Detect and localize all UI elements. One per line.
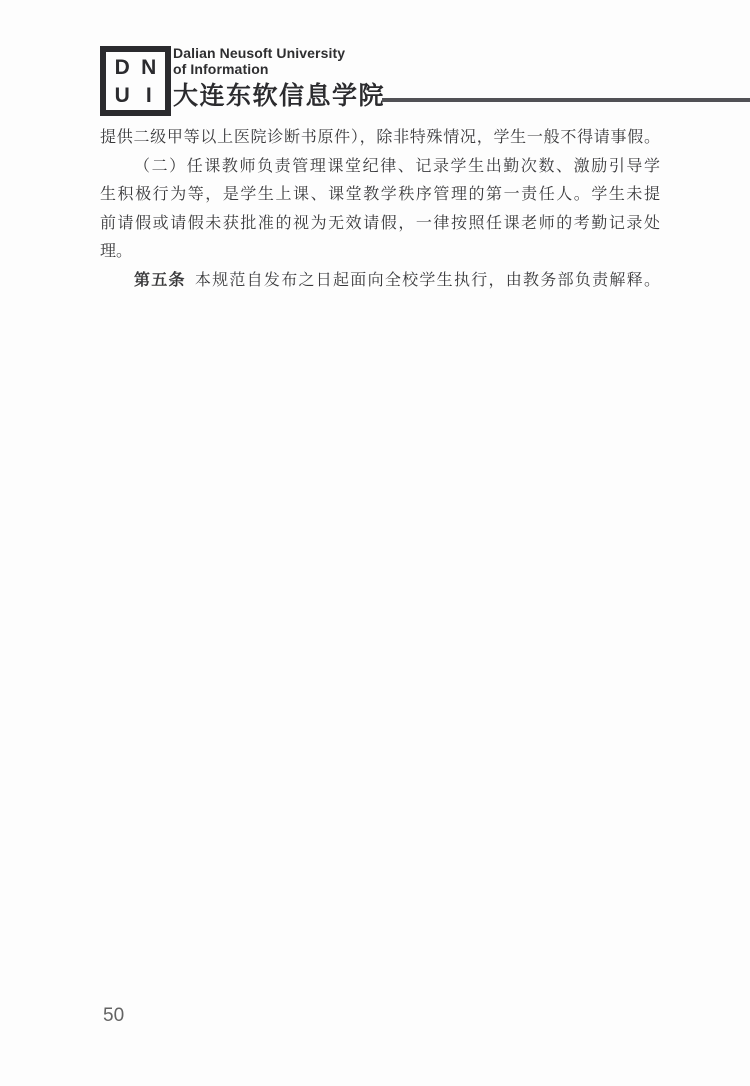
- page-number: 50: [103, 1004, 124, 1028]
- text-line-2: （二）任课教师负责管理课堂纪律、记录学生出勤次数、激励引导学: [100, 153, 660, 182]
- logo-letter-n: N: [141, 57, 156, 78]
- dnui-logo-icon: D N U I: [100, 46, 171, 116]
- university-names: Dalian Neusoft University of Information…: [173, 46, 385, 109]
- logo-letter-u: U: [115, 85, 130, 106]
- document-page: D N U I Dalian Neusoft University of Inf…: [0, 0, 750, 1086]
- text-line-3: 生积极行为等，是学生上课、课堂教学秩序管理的第一责任人。学生未提: [100, 181, 660, 210]
- header-divider-line: [382, 98, 750, 102]
- university-name-chinese: 大连东软信息学院: [173, 83, 385, 109]
- university-name-english-line1: Dalian Neusoft University: [173, 46, 385, 62]
- university-name-english-line2: of Information: [173, 62, 385, 78]
- article-number-label: 第五条: [134, 272, 186, 289]
- text-line-1: 提供二级甲等以上医院诊断书原件），除非特殊情况，学生一般不得请事假。: [100, 124, 660, 153]
- logo-letter-i: I: [146, 85, 152, 106]
- regulation-text: 提供二级甲等以上医院诊断书原件），除非特殊情况，学生一般不得请事假。 （二）任课…: [100, 124, 660, 296]
- text-line-5: 理。: [100, 238, 660, 267]
- text-line-article-5: 第五条本规范自发布之日起面向全校学生执行，由教务部负责解释。: [100, 267, 660, 296]
- logo-letter-d: D: [115, 57, 130, 78]
- text-line-4: 前请假或请假未获批准的视为无效请假，一律按照任课老师的考勤记录处: [100, 210, 660, 239]
- article-body-text: 本规范自发布之日起面向全校学生执行，由教务部负责解释。: [195, 272, 660, 289]
